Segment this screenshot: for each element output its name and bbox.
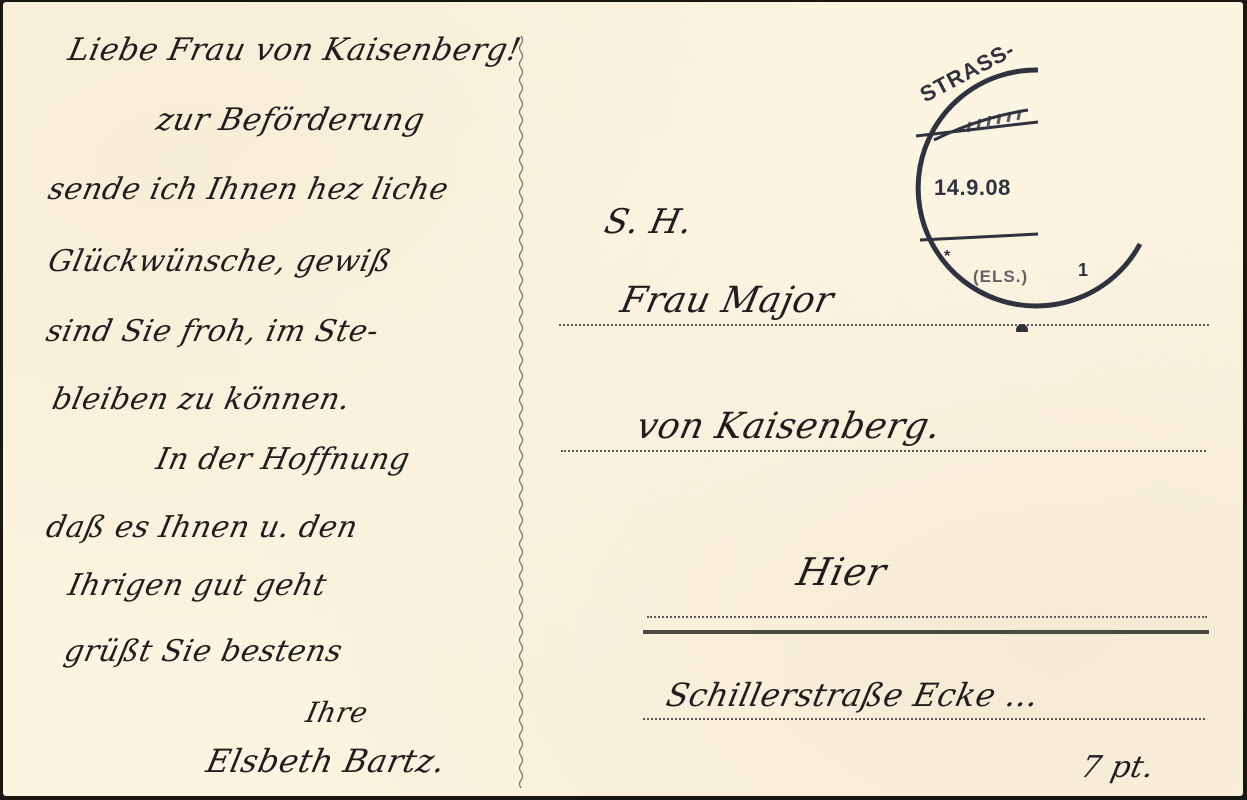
postmark-stamp: STRASS- 14.9.08 * (ELS.) 1 xyxy=(898,62,1148,332)
signature: Elsbeth Bartz. xyxy=(203,742,449,780)
message-line: Liebe Frau von Kaisenberg! xyxy=(65,32,524,68)
address-recipient-name: von Kaisenberg. xyxy=(633,406,945,447)
address-rule xyxy=(647,616,1207,618)
message-line: grüßt Sie bestens xyxy=(61,634,346,669)
message-line: Glückwünsche, gewiß xyxy=(45,244,395,279)
address-floor: 7 pt. xyxy=(1078,750,1157,785)
postmark-date: 14.9.08 xyxy=(934,175,1011,201)
divider-line xyxy=(517,36,525,792)
address-street: Schillerstraße Ecke ... xyxy=(663,676,1042,714)
address-recipient: Frau Major xyxy=(617,280,837,321)
address-salutation: S. H. xyxy=(601,202,696,242)
address-solid-rule xyxy=(643,630,1209,634)
message-line: sende ich Ihnen hez liche xyxy=(45,172,452,207)
message-line: daß es Ihnen u. den xyxy=(43,510,361,545)
postmark-number: 1 xyxy=(1078,260,1088,281)
address-city: Hier xyxy=(793,550,890,594)
address-rule xyxy=(643,718,1205,720)
address-rule xyxy=(561,450,1206,452)
message-line: sind Sie froh, im Ste- xyxy=(43,314,382,349)
message-line: bleiben zu können. xyxy=(49,382,354,417)
message-line: In der Hoffnung xyxy=(153,442,413,477)
message-closing: Ihre xyxy=(303,696,371,729)
message-line: zur Beförderung xyxy=(153,102,428,138)
postmark-star-icon: * xyxy=(944,248,950,266)
postcard-back: Liebe Frau von Kaisenberg! zur Beförderu… xyxy=(3,2,1243,796)
postmark-region: (ELS.) xyxy=(973,267,1028,287)
message-line: Ihrigen gut geht xyxy=(65,568,330,603)
